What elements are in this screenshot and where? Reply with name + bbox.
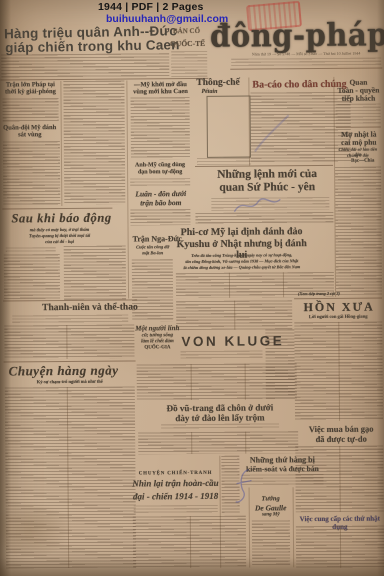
caption-xem-tiep: (Xem tiếp trang 2 cột 3) [298,291,340,296]
kicker-mot-nguoi-linh-1: Một người lính [134,324,180,332]
rule [336,127,381,128]
ink-scribble [251,111,291,155]
column-rule [283,272,284,297]
column-rule [245,432,246,454]
headline-chien-tranh-l2: đại - chiến 1914 - 1918 [132,491,220,502]
subhead-toan-quyen-l3: tiếp khách [336,94,380,103]
scanned-newspaper-page: 1944 | PDF | 2 Pages buihuuhanh@gmail.co… [0,0,384,576]
rule [195,165,333,167]
body-text [64,246,126,300]
headline-phi-co-l1: Phi-cơ Mỹ lại định đánh đảo [175,226,309,238]
body-text [335,167,382,295]
subhead-de-gaulle-l1: Tướng [251,495,291,502]
newspaper-content: Hàng triệu quân Anh--Đức giáp chiến tron… [0,0,384,576]
deck-nga-duc-1: Cuộc tấn công dữ [131,244,175,249]
page-left-edge [0,0,11,576]
headline-chuyen-hang-ngay: Chuyện hàng ngày [9,363,119,380]
page-right-edge [377,0,384,576]
rule [3,299,137,301]
kicker-mot-nguoi-linh-4: QUỐC-GIA [134,345,180,350]
subhead-my-khoi-l2: vùng mới khu Caen [131,88,189,95]
page-bottom-edge [0,558,384,576]
subhead-de-gaulle-l2: De Gaulle [251,503,291,512]
column-rule [234,301,235,330]
column-rule [229,273,230,298]
subhead-petain: Pétain [201,89,217,95]
subhead-anh-my-l2: đạn bom tự-động [130,169,190,175]
rule [2,208,112,210]
body-text [265,329,295,399]
deck-text [134,505,218,514]
deck-phi-co-1: Trên đà tấn-công Trùng-khánh ngày nay có… [180,252,304,258]
body-text [4,324,134,359]
deck-sau-khi-1: mà thấy có máy bay, ở trại thám [8,227,112,233]
body-text [130,209,190,225]
column-rule [191,432,192,454]
headline-viec-mua-ban-l1: Việc mua bán gạo [301,424,381,435]
headline-nhung-lenh-l2: quan Sứ Phúc - yên [203,181,331,194]
kicker-column-text [171,51,207,77]
body-text [4,254,60,300]
headline-vu-trang-l2: đày tớ đào lên lấy trộm [142,412,298,423]
deck-chuyen-hang-ngay: Ký-sự chạm-trổ người mà như thế [7,378,133,384]
subhead-luan-don-l2: trận bão bom [132,198,189,207]
petain-photo [206,96,250,158]
body-text [130,178,190,186]
subhead-de-gaulle-l3: sang Mỹ [251,512,291,517]
headline-thong-che: Thông-chế [196,78,239,88]
column-rule [60,81,62,206]
kicker-line1: BẢN CỔ [173,27,200,35]
deck-hon-xua: Lời người con gái Hồng-giang [294,314,382,320]
column-rule [293,487,295,567]
headline-nhung-lenh-l1: Những lệnh mới của [203,168,331,181]
dateline [6,247,56,252]
masthead-info-text [231,58,381,68]
body-text [131,97,190,159]
subhead-anh-my-l1: Anh-Mỹ cũng dùng [130,162,190,168]
ink-scribble [232,468,254,506]
subhead-luan-don-l1: Luân - đôn dưới [132,189,189,198]
masthead-title: đông-pháp [210,16,382,54]
body-text [336,104,381,125]
kicker-mot-nguoi-linh-2: cũ; tưởng sống [134,333,180,338]
deck-text [12,315,128,324]
subhead-mo-nhat-l2: cai mộ phu [337,138,381,147]
deck-sau-khi-3: của cải đổ - hại [8,239,112,245]
kicker-line2: QUỐC-TẾ [170,39,205,48]
intro-paragraph [1,53,169,78]
headline-sau-khi: Sau khi báo động [11,211,111,227]
deck-nga-duc-2: mặt Ba-lan [131,250,175,255]
deck-phi-co-3: là chiếm đóng đường xe-lửa — Quảng-châu … [180,264,304,270]
deck-sau-khi-2: Tuyên-quang bị thiệt thòi mọi tài [8,233,112,239]
headline-viec-mua-ban-l2: đã được tự-do [301,434,381,445]
dateline [161,423,279,430]
headline-chien-tranh-l1: Nhìn lại trận hoàn-cầu [131,478,219,489]
headline-thanh-nien: Thanh-niên và thể-thao [42,302,138,313]
body-text [138,431,298,454]
ink-scribble [232,193,282,217]
column-rule [126,81,129,299]
deck-mo-nhat-2: chúng ở đây [335,153,381,158]
deck-phi-co-2: tấn công Đông-kinh, Vũ-xương năm 1938 — … [180,258,304,264]
rule [230,67,382,69]
photo-caption [197,158,251,165]
kicker-chien-tranh: CHUYỆN CHIẾN-TRANH [132,471,218,477]
masthead-info-line: Năm thứ 19 — Số 5748 — Mỗi số 3 hào — Th… [231,51,381,57]
body-text [5,386,136,568]
deck-text [180,350,262,359]
kicker-mot-nguoi-linh-3: làm lễ chết đảm [134,339,180,344]
body-text [3,141,61,205]
placeline: Bạc—Chìa [351,159,374,164]
body-text [63,81,125,205]
